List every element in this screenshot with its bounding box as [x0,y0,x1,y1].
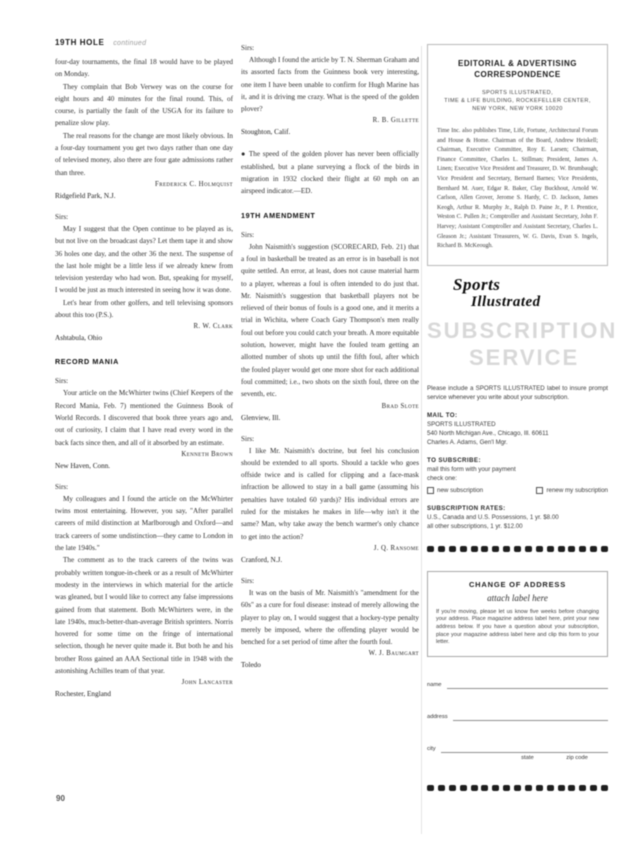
attach-label-here-text: attach label here [436,593,599,603]
editorial-box-heading: EDITORIAL & ADVERTISING CORRESPONDENCE [437,58,598,80]
letter-signature: Frederick C. Holmquist [55,179,233,191]
letter-signature: W. J. Baumgart [241,648,419,660]
form-row-address: address [427,712,608,721]
editorial-box-address: Sports Illustrated, Time & Life Building… [437,89,598,113]
middle-column: Sirs: Although I found the article by T.… [241,42,419,671]
form-row-name: name [427,680,608,689]
letter-location: Stoughton, Calif. [241,127,419,138]
section-title: 19TH HOLE [55,38,104,47]
address-line: Time & Life Building, Rockefeller Center… [437,97,598,105]
checkbox-label: new subscription [437,486,483,495]
letter: Sirs: My colleagues and I found the arti… [55,481,233,700]
letter-location: Cranford, N.J. [241,555,419,566]
rates-line: U.S., Canada and U.S. Possessions, 1 yr.… [427,513,608,522]
checkbox-renew-subscription: renew my subscription [536,486,608,495]
letters-subheading: RECORD MANIA [55,357,233,366]
subscription-rates-label: SUBSCRIPTION RATES: [427,504,608,513]
letter-signature: Brad Slote [241,401,419,413]
letters-subheading: 19TH AMENDMENT [241,211,419,220]
letter: Sirs: May I suggest that the Open contin… [55,211,233,344]
page-number: 90 [56,794,65,803]
subscribe-line: check one: [427,474,608,483]
zip-code-label: zip code [566,755,588,761]
mail-to-line: Charles A. Adams, Gen'l Mgr. [427,438,608,447]
letter-signature: J. Q. Ransome [241,543,419,555]
checkbox-label: renew my subscription [546,486,608,495]
watermark-line-2: SERVICE [469,344,608,371]
letter-signature: John Lancaster [55,677,233,689]
letter-body: Although I found the article by T. N. Sh… [241,54,419,115]
letter-body: John Naismith's suggestion (SCORECARD, F… [241,241,419,401]
city-state-zip-field-line [441,744,608,753]
letter-salutation: Sirs: [241,42,419,54]
logo-line-2: Illustrated [471,294,608,311]
mail-to-line: SPORTS ILLUSTRATED [427,420,608,429]
logo-line-1: Sports [453,275,608,294]
dotted-tear-rule [427,546,608,552]
letter-location: Ashtabula, Ohio [55,333,233,344]
dotted-tear-rule [427,785,608,791]
editorial-correspondence-box: EDITORIAL & ADVERTISING CORRESPONDENCE S… [427,44,608,266]
name-field-line [447,680,608,689]
left-column: 19TH HOLE continued four-day tournaments… [55,38,233,700]
letter-body: They complain that Bob Verwey was on the… [55,81,233,130]
form-sublabels: state zip code [427,755,608,761]
letter-salutation: Sirs: [241,575,419,587]
letter: Sirs: John Naismith's suggestion (SCOREC… [241,229,419,424]
letter-location: Toledo [241,660,419,671]
column-rule [421,46,422,834]
letter-signature: R. B. Gillette [241,115,419,127]
letter-body: Let's hear from other golfers, and tell … [55,297,233,322]
letter-body: The real reasons for the change are most… [55,130,233,179]
state-label: state [521,755,534,761]
subscription-checkboxes: new subscription renew my subscription [427,486,608,495]
letter-salutation: Sirs: [55,375,233,387]
letter-salutation: Sirs: [241,229,419,241]
rates-line: all other subscriptions, 1 yr. $12.00 [427,522,608,531]
letter-body: I like Mr. Naismith's doctrine, but feel… [241,445,419,543]
magazine-page: 19TH HOLE continued four-day tournaments… [0,0,620,861]
name-label: name [427,682,442,689]
sports-illustrated-logo: Sports Illustrated [427,275,608,311]
letter-location: Glenview, Ill. [241,413,419,424]
to-subscribe-label: TO SUBSCRIBE: [427,456,608,465]
letter-body: My colleagues and I found the article on… [55,493,233,554]
address-line: Sports Illustrated, [437,89,598,97]
subscribe-line: mail this form with your payment [427,465,608,474]
letter-location: Rochester, England [55,689,233,700]
letter-body: four-day tournaments, the final 18 would… [55,56,233,81]
editor-note: ● The speed of the golden plover has nev… [241,148,419,197]
letter-body: May I suggest that the Open continue to … [55,223,233,297]
right-rail: EDITORIAL & ADVERTISING CORRESPONDENCE S… [427,44,608,791]
letter: Sirs: Your article on the McWhirter twin… [55,375,233,471]
address-label: address [427,714,448,721]
letter-body: It was on the basis of Mr. Naismith's "a… [241,587,419,648]
change-of-address-heading: CHANGE OF ADDRESS [436,580,599,589]
address-field-line [453,712,608,721]
checkbox-icon [427,487,434,494]
letter-salutation: Sirs: [241,433,419,445]
letter-body: Your article on the McWhirter twins (Chi… [55,387,233,448]
checkbox-icon [536,487,543,494]
letter-salutation: Sirs: [55,211,233,223]
checkbox-new-subscription: new subscription [427,486,483,495]
change-of-address-box: CHANGE OF ADDRESS attach label here If y… [427,571,608,657]
city-label: city [427,746,436,753]
change-of-address-body: If you're moving, please let us know fiv… [436,609,599,647]
mail-to-label: MAIL TO: [427,411,608,420]
letter-body: The comment as to the track careers of t… [55,554,233,677]
masthead-text: Time Inc. also publishes Time, Life, For… [437,127,598,252]
subscription-intro: Please include a SPORTS ILLUSTRATED labe… [427,384,608,402]
letter: Sirs: It was on the basis of Mr. Naismit… [241,575,419,671]
form-row-city-state-zip: city [427,744,608,753]
letter: Sirs: Although I found the article by T.… [241,42,419,138]
letter-location: New Haven, Conn. [55,461,233,472]
letter-signature: Kenneth Brown [55,449,233,461]
letter-location: Ridgefield Park, N.J. [55,191,233,202]
mail-to-line: 540 North Michigan Ave., Chicago, Ill. 6… [427,429,608,438]
watermark-line-1: SUBSCRIPTION [427,317,608,344]
subscription-service-watermark: SUBSCRIPTION SERVICE [427,317,608,371]
section-continued-label: continued [113,40,146,47]
section-header: 19TH HOLE continued [55,38,233,47]
address-line: New York, New York 10020 [437,105,598,113]
letter: four-day tournaments, the final 18 would… [55,56,233,202]
subscription-service-block: Please include a SPORTS ILLUSTRATED labe… [427,384,608,531]
letter: Sirs: I like Mr. Naismith's doctrine, bu… [241,433,419,566]
letter-salutation: Sirs: [55,481,233,493]
letter-signature: R. W. Clark [55,321,233,333]
